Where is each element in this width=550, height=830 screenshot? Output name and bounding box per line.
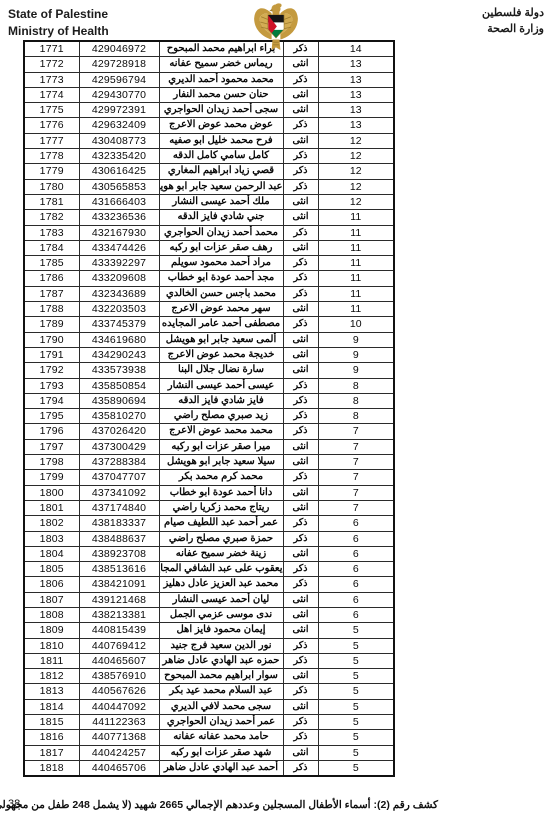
table-row: 1796437026420محمد محمد عوض الاعرجذكر7 xyxy=(24,424,394,439)
id-number-cell: 437288384 xyxy=(79,455,159,470)
serial-cell: 1812 xyxy=(24,669,79,684)
age-cell: 5 xyxy=(318,669,394,684)
serial-cell: 1815 xyxy=(24,715,79,730)
age-cell: 10 xyxy=(318,317,394,332)
age-cell: 13 xyxy=(318,57,394,72)
serial-cell: 1772 xyxy=(24,57,79,72)
name-cell: مراد أحمد محمود سويلم xyxy=(159,256,283,271)
id-number-cell: 434619680 xyxy=(79,332,159,347)
id-number-cell: 440771368 xyxy=(79,730,159,745)
serial-cell: 1791 xyxy=(24,347,79,362)
gender-cell: انثى xyxy=(283,439,318,454)
name-cell: سهر محمد عوض الاعرج xyxy=(159,302,283,317)
table-row: 1806438421091محمد عبد العزيز عادل دهليزذ… xyxy=(24,577,394,592)
age-cell: 5 xyxy=(318,623,394,638)
serial-cell: 1799 xyxy=(24,470,79,485)
name-cell: سجى أحمد زيدان الحواجري xyxy=(159,103,283,118)
serial-cell: 1806 xyxy=(24,577,79,592)
gender-cell: انثى xyxy=(283,669,318,684)
serial-cell: 1797 xyxy=(24,439,79,454)
serial-cell: 1818 xyxy=(24,760,79,776)
id-number-cell: 438421091 xyxy=(79,577,159,592)
table-row: 1809440815439إيمان محمود فايز اهلانثى5 xyxy=(24,623,394,638)
id-number-cell: 432203503 xyxy=(79,302,159,317)
header-en-line1: State of Palestine xyxy=(8,6,109,23)
serial-cell: 1777 xyxy=(24,133,79,148)
gender-cell: انثى xyxy=(283,455,318,470)
gender-cell: انثى xyxy=(283,745,318,760)
table-row: 1817440424257شهد صقر عزات ابو ركبهانثى5 xyxy=(24,745,394,760)
id-number-cell: 440769412 xyxy=(79,638,159,653)
table-row: 1815441122363عمر أحمد زيدان الحواجريذكر5 xyxy=(24,715,394,730)
age-cell: 6 xyxy=(318,592,394,607)
name-cell: سوار ابراهيم محمد المبحوح xyxy=(159,669,283,684)
table-row: 1799437047707محمد كرم محمد بكرذكر7 xyxy=(24,470,394,485)
name-cell: حمزة صبري مصلح راضي xyxy=(159,531,283,546)
name-cell: شهد صقر عزات ابو ركبه xyxy=(159,745,283,760)
serial-cell: 1786 xyxy=(24,271,79,286)
age-cell: 12 xyxy=(318,149,394,164)
name-cell: فرح محمد خليل ابو صفيه xyxy=(159,133,283,148)
table-row: 1793435850854عيسى أحمد عيسى النشارذكر8 xyxy=(24,378,394,393)
gender-cell: انثى xyxy=(283,500,318,515)
table-row: 1771429046972براء ابراهيم محمد المبحوحذك… xyxy=(24,41,394,57)
gender-cell: ذكر xyxy=(283,409,318,424)
serial-cell: 1787 xyxy=(24,286,79,301)
name-cell: سجى محمد لافي الديري xyxy=(159,699,283,714)
table-row: 1784433474426رهف صقر عزات ابو ركبهانثى11 xyxy=(24,240,394,255)
gender-cell: ذكر xyxy=(283,271,318,286)
id-number-cell: 439121468 xyxy=(79,592,159,607)
id-number-cell: 434290243 xyxy=(79,347,159,362)
gender-cell: انثى xyxy=(283,546,318,561)
gender-cell: ذكر xyxy=(283,256,318,271)
serial-cell: 1789 xyxy=(24,317,79,332)
serial-cell: 1779 xyxy=(24,164,79,179)
age-cell: 6 xyxy=(318,516,394,531)
age-cell: 11 xyxy=(318,302,394,317)
age-cell: 9 xyxy=(318,363,394,378)
name-cell: مصطفى أحمد عامر المجايده xyxy=(159,317,283,332)
id-number-cell: 437174840 xyxy=(79,500,159,515)
age-cell: 7 xyxy=(318,470,394,485)
id-number-cell: 429596794 xyxy=(79,72,159,87)
serial-cell: 1783 xyxy=(24,225,79,240)
records-table-body: 1771429046972براء ابراهيم محمد المبحوحذك… xyxy=(24,41,394,776)
serial-cell: 1788 xyxy=(24,302,79,317)
table-row: 1787432343689محمد باجس حسن الخالديذكر11 xyxy=(24,286,394,301)
table-row: 1772429728918ريماس خضر سميح عفانهانثى13 xyxy=(24,57,394,72)
serial-cell: 1811 xyxy=(24,653,79,668)
age-cell: 9 xyxy=(318,332,394,347)
name-cell: حامد محمد عفانه عفانه xyxy=(159,730,283,745)
gender-cell: انثى xyxy=(283,210,318,225)
age-cell: 12 xyxy=(318,179,394,194)
id-number-cell: 438923708 xyxy=(79,546,159,561)
gender-cell: ذكر xyxy=(283,516,318,531)
serial-cell: 1792 xyxy=(24,363,79,378)
table-row: 1816440771368حامد محمد عفانه عفانهذكر5 xyxy=(24,730,394,745)
age-cell: 11 xyxy=(318,271,394,286)
age-cell: 8 xyxy=(318,393,394,408)
table-row: 1780430565853عبد الرحمن سعيد جابر ابو هو… xyxy=(24,179,394,194)
gender-cell: انثى xyxy=(283,240,318,255)
name-cell: ريماس خضر سميح عفانه xyxy=(159,57,283,72)
header-english: State of Palestine Ministry of Health xyxy=(8,6,109,40)
gender-cell: ذكر xyxy=(283,684,318,699)
footer-caption: كشف رقم (2): أسماء الأطفال المسجلين وعدد… xyxy=(0,799,438,811)
serial-cell: 1778 xyxy=(24,149,79,164)
name-cell: أحمد عبد الهادي عادل ضاهر xyxy=(159,760,283,776)
id-number-cell: 440815439 xyxy=(79,623,159,638)
age-cell: 6 xyxy=(318,577,394,592)
age-cell: 11 xyxy=(318,225,394,240)
name-cell: ألمى سعيد جابر ابو هويشل xyxy=(159,332,283,347)
id-number-cell: 432343689 xyxy=(79,286,159,301)
name-cell: يعقوب على عبد الشافي المجايده xyxy=(159,562,283,577)
table-row: 1778432335420كامل سامي كامل الدقهذكر12 xyxy=(24,149,394,164)
id-number-cell: 433745379 xyxy=(79,317,159,332)
id-number-cell: 440465607 xyxy=(79,653,159,668)
martyrs-children-table: 1771429046972براء ابراهيم محمد المبحوحذك… xyxy=(23,40,395,777)
name-cell: محمد محمد عوض الاعرج xyxy=(159,424,283,439)
name-cell: سيلا سعيد جابر ابو هويشل xyxy=(159,455,283,470)
serial-cell: 1776 xyxy=(24,118,79,133)
gender-cell: ذكر xyxy=(283,424,318,439)
table-row: 1807439121468ليان أحمد عيسى النشارانثى6 xyxy=(24,592,394,607)
id-number-cell: 438513616 xyxy=(79,562,159,577)
gender-cell: ذكر xyxy=(283,653,318,668)
name-cell: محمد عبد العزيز عادل دهليز xyxy=(159,577,283,592)
id-number-cell: 438488637 xyxy=(79,531,159,546)
id-number-cell: 431666403 xyxy=(79,194,159,209)
gender-cell: ذكر xyxy=(283,72,318,87)
table-row: 1786433209608مجد أحمد عودة ابو خطابذكر11 xyxy=(24,271,394,286)
table-row: 1785433392297مراد أحمد محمود سويلمذكر11 xyxy=(24,256,394,271)
name-cell: حمزه عبد الهادي عادل ضاهر xyxy=(159,653,283,668)
table-row: 1800437341092دانا أحمد عودة ابو خطابانثى… xyxy=(24,485,394,500)
id-number-cell: 432167930 xyxy=(79,225,159,240)
serial-cell: 1798 xyxy=(24,455,79,470)
name-cell: جني شادي فايز الدقه xyxy=(159,210,283,225)
name-cell: حنان حسن محمد النفار xyxy=(159,87,283,102)
age-cell: 12 xyxy=(318,133,394,148)
id-number-cell: 429430770 xyxy=(79,87,159,102)
header-ar-line2: وزارة الصحة xyxy=(482,21,544,37)
age-cell: 5 xyxy=(318,684,394,699)
name-cell: عوض محمد عوض الاعرج xyxy=(159,118,283,133)
serial-cell: 1795 xyxy=(24,409,79,424)
id-number-cell: 430565853 xyxy=(79,179,159,194)
header-ar-line1: دولة فلسطين xyxy=(482,5,544,21)
name-cell: دانا أحمد عودة ابو خطاب xyxy=(159,485,283,500)
age-cell: 11 xyxy=(318,210,394,225)
id-number-cell: 440447092 xyxy=(79,699,159,714)
id-number-cell: 440465706 xyxy=(79,760,159,776)
gender-cell: انثى xyxy=(283,194,318,209)
table-row: 1801437174840ريتاج محمد زكريا راضيانثى7 xyxy=(24,500,394,515)
palestine-coat-of-arms-icon xyxy=(248,1,304,57)
gender-cell: انثى xyxy=(283,57,318,72)
table-row: 1782433236536جني شادي فايز الدقهانثى11 xyxy=(24,210,394,225)
id-number-cell: 438183337 xyxy=(79,516,159,531)
gender-cell: انثى xyxy=(283,347,318,362)
id-number-cell: 435850854 xyxy=(79,378,159,393)
table-row: 1794435890694فايز شادي فايز الدقهذكر8 xyxy=(24,393,394,408)
serial-cell: 1817 xyxy=(24,745,79,760)
serial-cell: 1801 xyxy=(24,500,79,515)
name-cell: ندى موسى عزمي الجمل xyxy=(159,607,283,622)
table-row: 1810440769412نور الدين سعيد فرج جنيدذكر5 xyxy=(24,638,394,653)
gender-cell: ذكر xyxy=(283,577,318,592)
table-row: 1789433745379مصطفى أحمد عامر المجايدهذكر… xyxy=(24,317,394,332)
id-number-cell: 433236536 xyxy=(79,210,159,225)
id-number-cell: 441122363 xyxy=(79,715,159,730)
serial-cell: 1775 xyxy=(24,103,79,118)
id-number-cell: 438213381 xyxy=(79,607,159,622)
age-cell: 5 xyxy=(318,760,394,776)
serial-cell: 1802 xyxy=(24,516,79,531)
serial-cell: 1809 xyxy=(24,623,79,638)
id-number-cell: 435810270 xyxy=(79,409,159,424)
gender-cell: ذكر xyxy=(283,760,318,776)
serial-cell: 1784 xyxy=(24,240,79,255)
serial-cell: 1810 xyxy=(24,638,79,653)
id-number-cell: 433392297 xyxy=(79,256,159,271)
serial-cell: 1808 xyxy=(24,607,79,622)
serial-cell: 1800 xyxy=(24,485,79,500)
table-row: 1791434290243خديجة محمد عوض الاعرجانثى9 xyxy=(24,347,394,362)
id-number-cell: 429046972 xyxy=(79,41,159,57)
gender-cell: ذكر xyxy=(283,531,318,546)
header-arabic: دولة فلسطين وزارة الصحة xyxy=(482,5,544,37)
name-cell: محمد أحمد زيدان الحواجري xyxy=(159,225,283,240)
gender-cell: انثى xyxy=(283,623,318,638)
gender-cell: ذكر xyxy=(283,225,318,240)
serial-cell: 1813 xyxy=(24,684,79,699)
gender-cell: انثى xyxy=(283,103,318,118)
serial-cell: 1773 xyxy=(24,72,79,87)
age-cell: 7 xyxy=(318,485,394,500)
name-cell: فايز شادي فايز الدقه xyxy=(159,393,283,408)
name-cell: محمد محمود أحمد الديري xyxy=(159,72,283,87)
id-number-cell: 440567626 xyxy=(79,684,159,699)
age-cell: 5 xyxy=(318,715,394,730)
name-cell: إيمان محمود فايز اهل xyxy=(159,623,283,638)
serial-cell: 1805 xyxy=(24,562,79,577)
age-cell: 5 xyxy=(318,638,394,653)
age-cell: 7 xyxy=(318,424,394,439)
gender-cell: ذكر xyxy=(283,149,318,164)
gender-cell: ذكر xyxy=(283,393,318,408)
gender-cell: انثى xyxy=(283,332,318,347)
id-number-cell: 438576910 xyxy=(79,669,159,684)
age-cell: 5 xyxy=(318,730,394,745)
age-cell: 11 xyxy=(318,286,394,301)
id-number-cell: 433573938 xyxy=(79,363,159,378)
gender-cell: انثى xyxy=(283,87,318,102)
table-row: 1813440567626عبد السلام محمد عيد بكرذكر5 xyxy=(24,684,394,699)
name-cell: ملك أحمد عيسى النشار xyxy=(159,194,283,209)
age-cell: 11 xyxy=(318,240,394,255)
gender-cell: ذكر xyxy=(283,730,318,745)
gender-cell: ذكر xyxy=(283,118,318,133)
name-cell: عيسى أحمد عيسى النشار xyxy=(159,378,283,393)
age-cell: 11 xyxy=(318,256,394,271)
gender-cell: ذكر xyxy=(283,470,318,485)
serial-cell: 1816 xyxy=(24,730,79,745)
name-cell: عبد السلام محمد عيد بكر xyxy=(159,684,283,699)
id-number-cell: 433209608 xyxy=(79,271,159,286)
gender-cell: ذكر xyxy=(283,378,318,393)
serial-cell: 1793 xyxy=(24,378,79,393)
document-page: State of Palestine Ministry of Health xyxy=(0,0,550,830)
table-row: 1775429972391سجى أحمد زيدان الحواجريانثى… xyxy=(24,103,394,118)
gender-cell: انثى xyxy=(283,592,318,607)
name-cell: ليان أحمد عيسى النشار xyxy=(159,592,283,607)
name-cell: رهف صقر عزات ابو ركبه xyxy=(159,240,283,255)
gender-cell: ذكر xyxy=(283,179,318,194)
table-row: 1805438513616يعقوب على عبد الشافي المجاي… xyxy=(24,562,394,577)
table-row: 1797437300429ميرا صقر عزات ابو ركبهانثى7 xyxy=(24,439,394,454)
id-number-cell: 435890694 xyxy=(79,393,159,408)
age-cell: 5 xyxy=(318,699,394,714)
table-row: 1804438923708زينة خضر سميح عفانهانثى6 xyxy=(24,546,394,561)
table-row: 1781431666403ملك أحمد عيسى النشارانثى12 xyxy=(24,194,394,209)
gender-cell: انثى xyxy=(283,363,318,378)
age-cell: 9 xyxy=(318,347,394,362)
gender-cell: ذكر xyxy=(283,164,318,179)
id-number-cell: 440424257 xyxy=(79,745,159,760)
serial-cell: 1796 xyxy=(24,424,79,439)
age-cell: 7 xyxy=(318,500,394,515)
id-number-cell: 437300429 xyxy=(79,439,159,454)
id-number-cell: 429728918 xyxy=(79,57,159,72)
gender-cell: انثى xyxy=(283,699,318,714)
id-number-cell: 433474426 xyxy=(79,240,159,255)
age-cell: 8 xyxy=(318,409,394,424)
header-en-line2: Ministry of Health xyxy=(8,23,109,40)
table-row: 1773429596794محمد محمود أحمد الديريذكر13 xyxy=(24,72,394,87)
name-cell: زينة خضر سميح عفانه xyxy=(159,546,283,561)
name-cell: زيد صبري مصلح راضي xyxy=(159,409,283,424)
table-row: 1777430408773فرح محمد خليل ابو صفيهانثى1… xyxy=(24,133,394,148)
name-cell: عمر أحمد زيدان الحواجري xyxy=(159,715,283,730)
age-cell: 6 xyxy=(318,562,394,577)
name-cell: قصي زياد ابراهيم المغاري xyxy=(159,164,283,179)
serial-cell: 1774 xyxy=(24,87,79,102)
id-number-cell: 437047707 xyxy=(79,470,159,485)
name-cell: عمر أحمد عبد اللطيف صيام xyxy=(159,516,283,531)
gender-cell: انثى xyxy=(283,302,318,317)
id-number-cell: 430408773 xyxy=(79,133,159,148)
serial-cell: 1790 xyxy=(24,332,79,347)
id-number-cell: 432335420 xyxy=(79,149,159,164)
gender-cell: ذكر xyxy=(283,286,318,301)
serial-cell: 1782 xyxy=(24,210,79,225)
name-cell: مجد أحمد عودة ابو خطاب xyxy=(159,271,283,286)
name-cell: ريتاج محمد زكريا راضي xyxy=(159,500,283,515)
age-cell: 8 xyxy=(318,378,394,393)
age-cell: 7 xyxy=(318,455,394,470)
age-cell: 12 xyxy=(318,164,394,179)
name-cell: كامل سامي كامل الدقه xyxy=(159,149,283,164)
table-row: 1808438213381ندى موسى عزمي الجملانثى6 xyxy=(24,607,394,622)
table-row: 1803438488637حمزة صبري مصلح راضيذكر6 xyxy=(24,531,394,546)
age-cell: 6 xyxy=(318,546,394,561)
name-cell: ميرا صقر عزات ابو ركبه xyxy=(159,439,283,454)
gender-cell: ذكر xyxy=(283,638,318,653)
age-cell: 6 xyxy=(318,607,394,622)
id-number-cell: 429632409 xyxy=(79,118,159,133)
name-cell: عبد الرحمن سعيد جابر ابو هويشل xyxy=(159,179,283,194)
id-number-cell: 430616425 xyxy=(79,164,159,179)
serial-cell: 1785 xyxy=(24,256,79,271)
table-row: 1774429430770حنان حسن محمد النفارانثى13 xyxy=(24,87,394,102)
age-cell: 13 xyxy=(318,87,394,102)
table-row: 1814440447092سجى محمد لافي الديريانثى5 xyxy=(24,699,394,714)
gender-cell: انثى xyxy=(283,607,318,622)
gender-cell: انثى xyxy=(283,485,318,500)
table-row: 1788432203503سهر محمد عوض الاعرجانثى11 xyxy=(24,302,394,317)
serial-cell: 1804 xyxy=(24,546,79,561)
serial-cell: 1803 xyxy=(24,531,79,546)
age-cell: 13 xyxy=(318,118,394,133)
age-cell: 5 xyxy=(318,745,394,760)
serial-cell: 1780 xyxy=(24,179,79,194)
table-row: 1783432167930محمد أحمد زيدان الحواجريذكر… xyxy=(24,225,394,240)
table-row: 1811440465607حمزه عبد الهادي عادل ضاهرذك… xyxy=(24,653,394,668)
serial-cell: 1814 xyxy=(24,699,79,714)
name-cell: محمد باجس حسن الخالدي xyxy=(159,286,283,301)
age-cell: 6 xyxy=(318,531,394,546)
table-row: 1802438183337عمر أحمد عبد اللطيف صيامذكر… xyxy=(24,516,394,531)
age-cell: 12 xyxy=(318,194,394,209)
table-row: 1792433573938سارة نضال جلال البناانثى9 xyxy=(24,363,394,378)
id-number-cell: 437341092 xyxy=(79,485,159,500)
page-number: 38 xyxy=(8,798,20,810)
name-cell: خديجة محمد عوض الاعرج xyxy=(159,347,283,362)
name-cell: نور الدين سعيد فرج جنيد xyxy=(159,638,283,653)
age-cell: 13 xyxy=(318,103,394,118)
table-row: 1818440465706أحمد عبد الهادي عادل ضاهرذك… xyxy=(24,760,394,776)
gender-cell: انثى xyxy=(283,133,318,148)
gender-cell: ذكر xyxy=(283,562,318,577)
age-cell: 5 xyxy=(318,653,394,668)
serial-cell: 1794 xyxy=(24,393,79,408)
table-row: 1795435810270زيد صبري مصلح راضيذكر8 xyxy=(24,409,394,424)
id-number-cell: 429972391 xyxy=(79,103,159,118)
table-row: 1779430616425قصي زياد ابراهيم المغاريذكر… xyxy=(24,164,394,179)
gender-cell: ذكر xyxy=(283,715,318,730)
table-row: 1790434619680ألمى سعيد جابر ابو هويشلانث… xyxy=(24,332,394,347)
serial-cell: 1771 xyxy=(24,41,79,57)
age-cell: 13 xyxy=(318,72,394,87)
table-row: 1776429632409عوض محمد عوض الاعرجذكر13 xyxy=(24,118,394,133)
age-cell: 14 xyxy=(318,41,394,57)
serial-cell: 1781 xyxy=(24,194,79,209)
gender-cell: ذكر xyxy=(283,317,318,332)
age-cell: 7 xyxy=(318,439,394,454)
table-row: 1812438576910سوار ابراهيم محمد المبحوحان… xyxy=(24,669,394,684)
serial-cell: 1807 xyxy=(24,592,79,607)
name-cell: سارة نضال جلال البنا xyxy=(159,363,283,378)
id-number-cell: 437026420 xyxy=(79,424,159,439)
table-row: 1798437288384سيلا سعيد جابر ابو هويشلانث… xyxy=(24,455,394,470)
name-cell: محمد كرم محمد بكر xyxy=(159,470,283,485)
